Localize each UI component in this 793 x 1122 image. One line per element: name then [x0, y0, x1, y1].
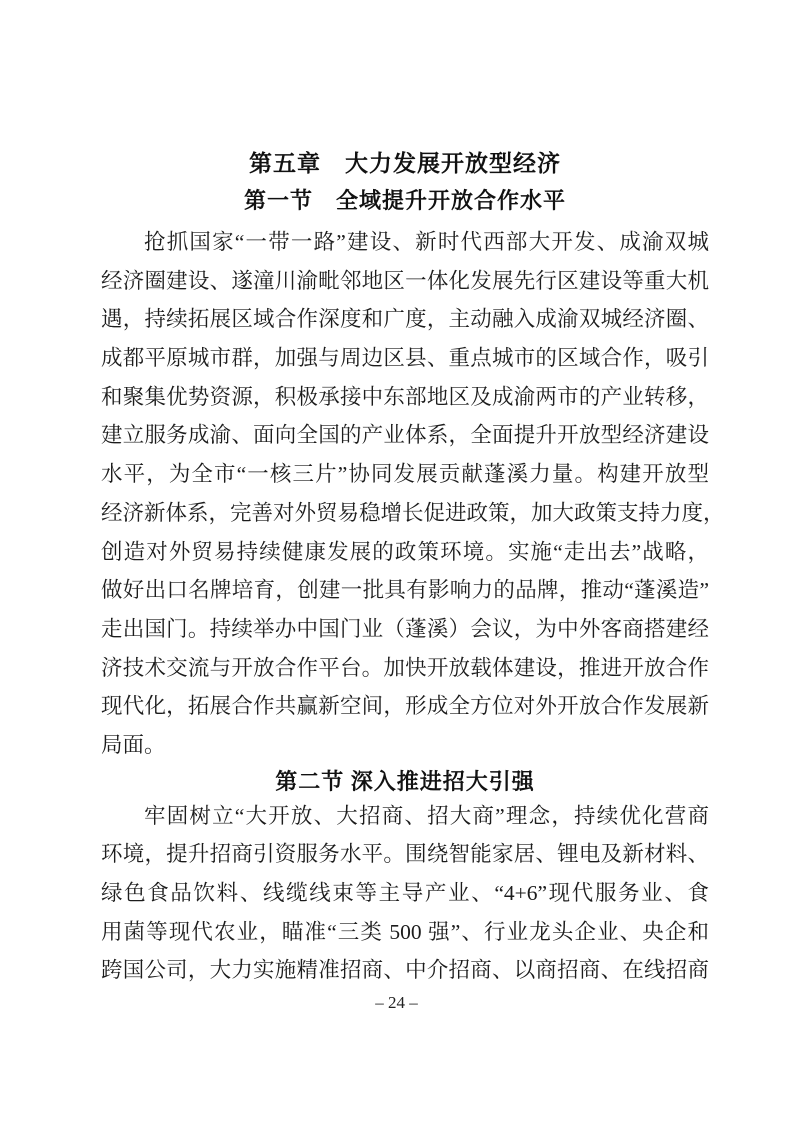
text-line: 做好出口名牌培育，创建一批具有影响力的品牌，推动“蓬溪造” — [101, 571, 709, 610]
paragraph-two: 牢固树立“大开放、大招商、招大商”理念，持续优化营商 环境，提升招商引资服务水平… — [101, 797, 709, 990]
text-line: 济技术交流与开放合作平台。加快开放载体建设，推进开放合作 — [101, 649, 709, 688]
text-line: 经济新体系，完善对外贸易稳增长促进政策，加大政策支持力度， — [101, 494, 709, 533]
text-line: 成都平原城市群，加强与周边区县、重点城市的区域合作，吸引 — [101, 339, 709, 378]
text-line: 创造对外贸易持续健康发展的政策环境。实施“走出去”战略， — [101, 533, 709, 572]
paragraph-one: 抢抓国家“一带一路”建设、新时代西部大开发、成渝双城 经济圈建设、遂潼川渝毗邻地… — [101, 223, 709, 765]
text-line: 绿色食品饮料、线缆线束等主导产业、“4+6”现代服务业、食 — [101, 874, 709, 913]
section-two-heading: 第二节 深入推进招大引强 — [101, 767, 709, 797]
text-line: 环境，提升招商引资服务水平。围绕智能家居、锂电及新材料、 — [101, 835, 709, 874]
text-line: 经济圈建设、遂潼川渝毗邻地区一体化发展先行区建设等重大机 — [101, 262, 709, 301]
text-line: 建立服务成渝、面向全国的产业体系，全面提升开放型经济建设 — [101, 416, 709, 455]
text-line: 跨国公司，大力实施精准招商、中介招商、以商招商、在线招商 — [101, 951, 709, 990]
text-line: 遇，持续拓展区域合作深度和广度，主动融入成渝双城经济圈、 — [101, 300, 709, 339]
text-line: 水平，为全市“一核三片”协同发展贡献蓬溪力量。构建开放型 — [101, 455, 709, 494]
text-line: 牢固树立“大开放、大招商、招大商”理念，持续优化营商 — [101, 797, 709, 836]
document-page: 第五章 大力发展开放型经济 第一节 全域提升开放合作水平 抢抓国家“一带一路”建… — [0, 0, 793, 1122]
text-line: 现代化，拓展合作共赢新空间，形成全方位对外开放合作发展新 — [101, 687, 709, 726]
text-line: 局面。 — [101, 726, 709, 765]
text-line: 用菌等现代农业，瞄准“三类 500 强”、行业龙头企业、央企和 — [101, 913, 709, 952]
text-line: 走出国门。持续举办中国门业（蓬溪）会议，为中外客商搭建经 — [101, 610, 709, 649]
text-line: 和聚集优势资源，积极承接中东部地区及成渝两市的产业转移， — [101, 378, 709, 417]
chapter-heading: 第五章 大力发展开放型经济 — [101, 148, 709, 178]
text-line: 抢抓国家“一带一路”建设、新时代西部大开发、成渝双城 — [101, 223, 709, 262]
page-number: – 24 – — [0, 993, 793, 1013]
section-one-heading: 第一节 全域提升开放合作水平 — [101, 186, 709, 216]
text-column: 第五章 大力发展开放型经济 第一节 全域提升开放合作水平 抢抓国家“一带一路”建… — [101, 148, 709, 990]
